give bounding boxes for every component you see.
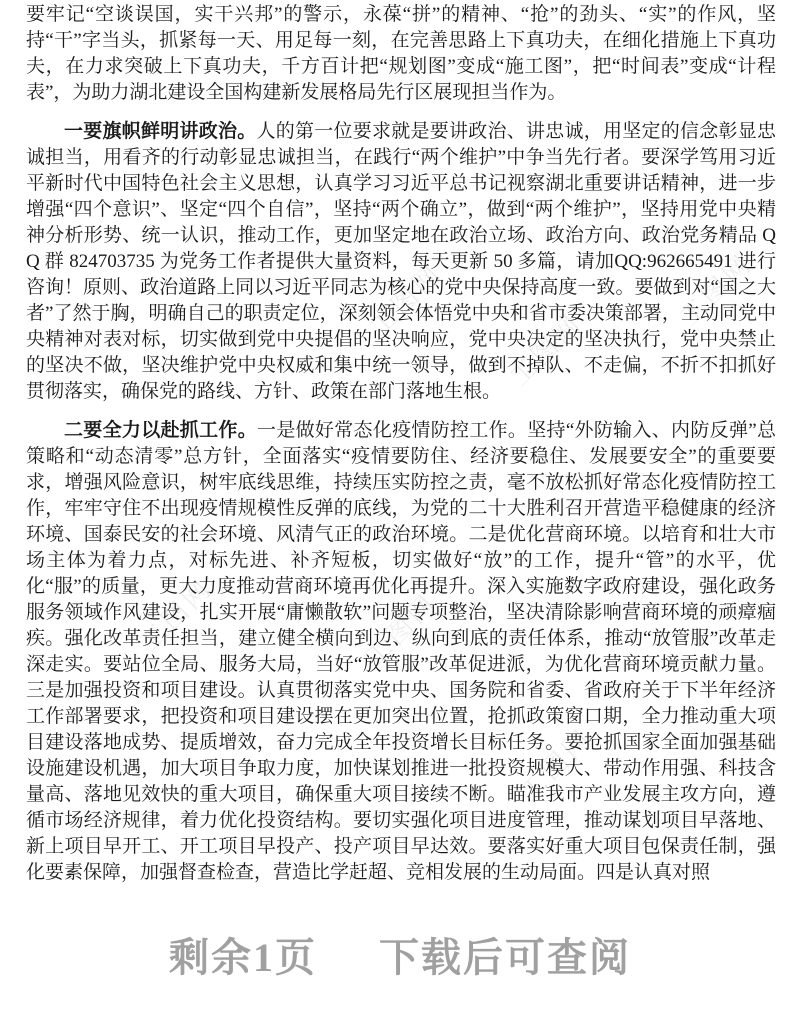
paragraph-text: 一是做好常态化疫情防控工作。坚持“外防输入、内防反弹”总策略和“动态清零”总方针… xyxy=(26,420,776,883)
paragraph-text: 要牢记“空谈误国，实干兴邦”的警示，永葆“拼”的精神、“抢”的劲头、“实”的作风… xyxy=(26,4,776,103)
preview-footer: 剩余1页 下载后可查阅 xyxy=(0,926,800,983)
remaining-pages-label: 剩余1页 xyxy=(169,926,317,983)
paragraph-section-1: 一要旗帜鲜明讲政治。人的第一位要求就是要讲政治、讲忠诚，用坚定的信念彰显忠诚担当… xyxy=(26,119,776,405)
section-heading: 二要全力以赴抓工作。 xyxy=(64,420,257,441)
paragraph-text: 人的第一位要求就是要讲政治、讲忠诚，用坚定的信念彰显忠诚担当，用看齐的行动彰显忠… xyxy=(26,121,776,402)
section-heading: 一要旗帜鲜明讲政治。 xyxy=(64,121,257,142)
paragraph-section-2: 二要全力以赴抓工作。一是做好常态化疫情防控工作。坚持“外防输入、内防反弹”总策略… xyxy=(26,418,776,886)
document-page: 工图网 工图网 工图网 工图网 工图网 工图网 要牢记“空谈误国，实干兴邦”的警… xyxy=(0,0,800,1034)
paragraph-continuation: 要牢记“空谈误国，实干兴邦”的警示，永葆“拼”的精神、“抢”的劲头、“实”的作风… xyxy=(26,2,776,106)
document-body: 要牢记“空谈误国，实干兴邦”的警示，永葆“拼”的精神、“抢”的劲头、“实”的作风… xyxy=(26,2,776,886)
download-hint-label: 下载后可查阅 xyxy=(379,926,631,983)
